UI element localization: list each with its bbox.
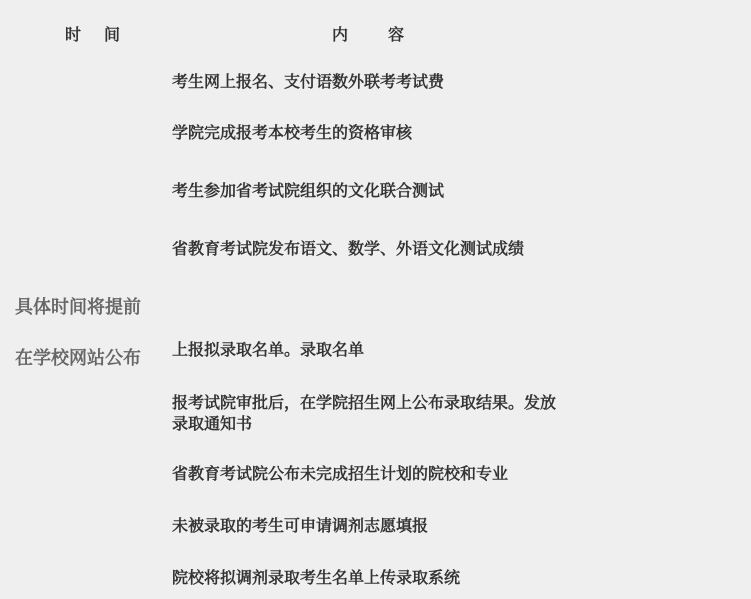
schedule-item: 未被录取的考生可申请调剂志愿填报 (172, 515, 428, 537)
header-time-char1: 时 (65, 22, 81, 45)
schedule-item: 报考试院审批后，在学院招生网上公布录取结果。发放 (172, 392, 556, 414)
schedule-item: 院校将拟调剂录取考生名单上传录取系统 (172, 567, 460, 589)
schedule-item: 考生网上报名、支付语数外联考考试费 (172, 71, 444, 93)
schedule-item: 省教育考试院公布未完成招生计划的院校和专业 (172, 463, 508, 485)
time-note-line2: 在学校网站公布 (15, 344, 141, 370)
schedule-item: 考生参加省考试院组织的文化联合测试 (172, 180, 444, 202)
schedule-item: 学院完成报考本校考生的资格审核 (172, 122, 412, 144)
schedule-item-continued: 录取通知书 (172, 413, 252, 435)
time-note-line1: 具体时间将提前 (15, 293, 141, 319)
schedule-item: 省教育考试院发布语文、数学、外语文化测试成绩 (172, 238, 524, 260)
header-content-char2: 容 (388, 22, 404, 45)
header-content-char1: 内 (332, 22, 348, 45)
header-time-char2: 间 (104, 22, 120, 45)
schedule-item: 上报拟录取名单。录取名单 (172, 339, 364, 361)
